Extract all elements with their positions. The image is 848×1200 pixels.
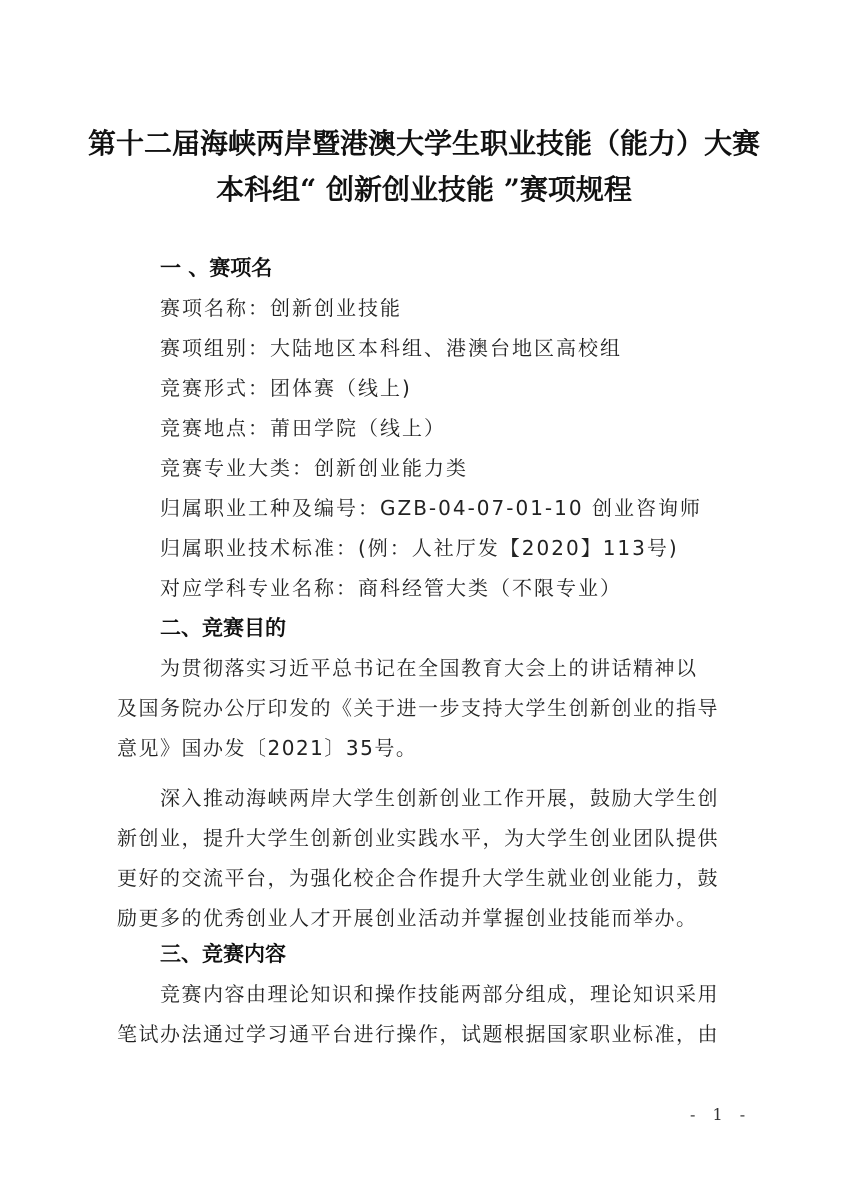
paragraph-line: 更好的交流平台，为强化校企合作提升大学生就业创业能力，鼓 xyxy=(117,862,742,891)
paragraph-line: 意见》国办发〔2021〕35号。 xyxy=(117,732,742,761)
info-line-occupation-standard: 归属职业技术标准：(例：人社厅发【2020】113号) xyxy=(160,532,679,561)
paragraph-line: 深入推动海峡两岸大学生创新创业工作开展，鼓励大学生创 xyxy=(160,782,785,811)
info-line-competition-format: 竞赛形式：团体赛（线上) xyxy=(160,372,412,401)
info-line-event-group: 赛项组别：大陆地区本科组、港澳台地区高校组 xyxy=(160,332,622,361)
info-line-occupation-code: 归属职业工种及编号：GZB-04-07-01-10 创业咨询师 xyxy=(160,492,702,521)
document-page: 第十二届海峡两岸暨港澳大学生职业技能（能力）大赛 本科组“ 创新创业技能 ”赛项… xyxy=(0,0,848,1200)
document-title-line-2: 本科组“ 创新创业技能 ”赛项规程 xyxy=(0,168,848,208)
section-heading-2: 二、竞赛目的 xyxy=(160,612,286,642)
info-line-major-category: 竞赛专业大类：创新创业能力类 xyxy=(160,452,468,481)
paragraph-line: 及国务院办公厅印发的《关于进一步支持大学生创新创业的指导 xyxy=(117,692,742,721)
document-title-line-1: 第十二届海峡两岸暨港澳大学生职业技能（能力）大赛 xyxy=(0,122,848,162)
page-number: - 1 - xyxy=(690,1105,751,1124)
paragraph-line: 为贯彻落实习近平总书记在全国教育大会上的讲话精神以 xyxy=(160,652,785,681)
info-line-discipline: 对应学科专业名称：商科经管大类（不限专业） xyxy=(160,572,622,601)
info-line-event-name: 赛项名称：创新创业技能 xyxy=(160,292,402,321)
info-line-competition-location: 竞赛地点：莆田学院（线上） xyxy=(160,412,446,441)
section-heading-3: 三、竞赛内容 xyxy=(160,938,286,968)
paragraph-line: 竞赛内容由理论知识和操作技能两部分组成，理论知识采用 xyxy=(160,978,785,1007)
paragraph-line: 笔试办法通过学习通平台进行操作，试题根据国家职业标准，由 xyxy=(117,1018,742,1047)
paragraph-line: 新创业，提升大学生创新创业实践水平，为大学生创业团队提供 xyxy=(117,822,742,851)
section-heading-1: 一 、赛项名 xyxy=(160,252,272,282)
paragraph-line: 励更多的优秀创业人才开展创业活动并掌握创业技能而举办。 xyxy=(117,902,742,931)
